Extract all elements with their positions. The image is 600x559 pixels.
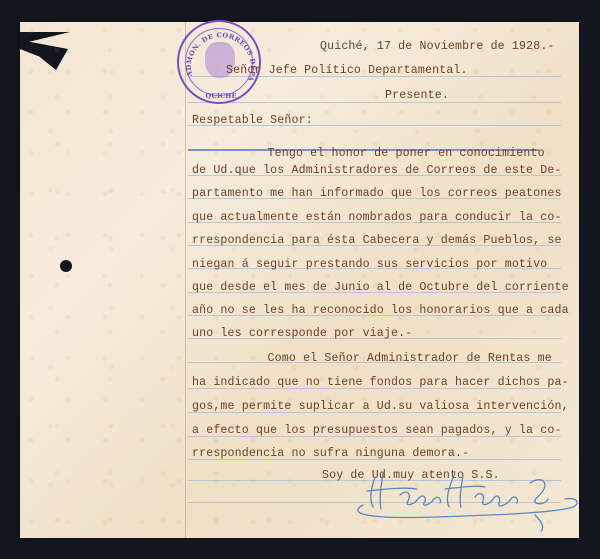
body-line: año no se les ha reconocido los honorari…: [192, 304, 569, 317]
body-line: rrespondencia para ésta Cabecera y demás…: [192, 234, 562, 247]
presente-line: Presente.: [385, 89, 449, 102]
handwritten-signature: [345, 459, 585, 534]
punch-hole: [60, 260, 72, 272]
postal-stamp: ADMON. DE CORREOS DEPARTAMENTAL QUICHE: [177, 20, 261, 104]
body-line: gos,me permite suplicar a Ud.su valiosa …: [192, 400, 569, 413]
body-line: ha indicado que no tiene fondos para hac…: [192, 376, 569, 389]
salutation: Respetable Señor:: [192, 114, 313, 127]
body-line: uno les corresponde por viaje.-: [192, 327, 412, 340]
torn-corner-notch: [20, 40, 68, 70]
date-line: Quiché, 17 de Noviembre de 1928.-: [320, 40, 555, 53]
body-line: Tengo el honor de poner en conocimiento: [232, 147, 545, 160]
svg-text:QUICHE: QUICHE: [205, 92, 236, 100]
addressee-line: Señor Jefe Político Departamental.: [226, 64, 468, 77]
body-line: Como el Señor Administrador de Rentas me: [232, 352, 552, 365]
letter-paper: ADMON. DE CORREOS DEPARTAMENTAL QUICHE Q…: [20, 22, 579, 538]
body-line: a efecto que los presupuestos sean pagad…: [192, 424, 562, 437]
body-line: niegan á seguir prestando sus servicios …: [192, 258, 547, 271]
body-line: partamento me han informado que los corr…: [192, 187, 562, 200]
body-line: que desde el mes de Junio al de Octubre …: [192, 281, 569, 294]
body-line: que actualmente están nombrados para con…: [192, 211, 562, 224]
body-line: de Ud.que los Administradores de Correos…: [192, 164, 562, 177]
